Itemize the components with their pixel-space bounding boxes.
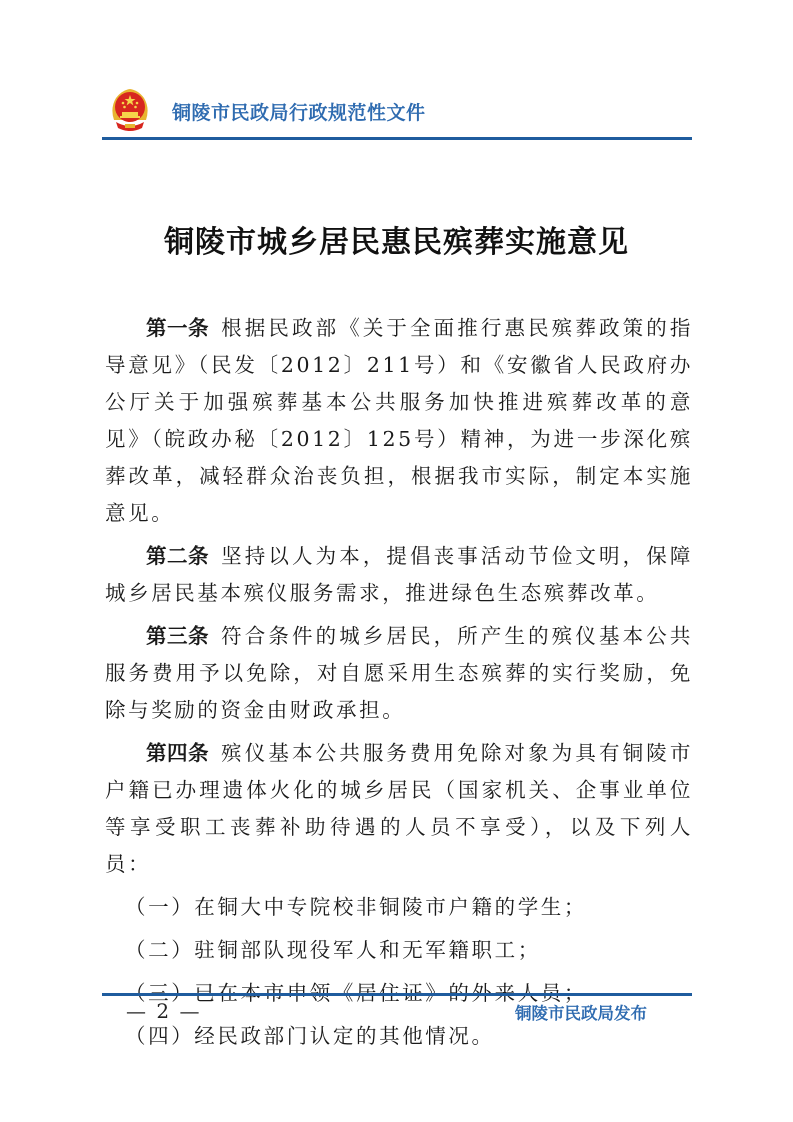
article-label: 第一条	[146, 316, 209, 340]
national-emblem-icon	[108, 86, 152, 134]
article-label: 第三条	[146, 624, 209, 648]
article-1: 第一条根据民政部《关于全面推行惠民殡葬政策的指导意见》（民发〔2012〕211号…	[105, 310, 693, 532]
article-4: 第四条殡仪基本公共服务费用免除对象为具有铜陵市户籍已办理遗体火化的城乡居民（国家…	[105, 735, 693, 883]
article-label: 第四条	[146, 741, 209, 765]
article-text: 根据民政部《关于全面推行惠民殡葬政策的指导意见》（民发〔2012〕211号）和《…	[105, 316, 693, 525]
publisher-label: 铜陵市民政局发布	[515, 1000, 647, 1024]
list-item: （二）驻铜部队现役军人和无军籍职工；	[105, 932, 693, 969]
footer-divider	[102, 993, 692, 996]
article-label: 第二条	[146, 544, 209, 568]
document-title: 铜陵市城乡居民惠民殡葬实施意见	[0, 217, 793, 261]
header-title: 铜陵市民政局行政规范性文件	[172, 98, 426, 125]
article-2: 第二条坚持以人为本，提倡丧事活动节俭文明，保障城乡居民基本殡仪服务需求，推进绿色…	[105, 538, 693, 612]
document-header: 铜陵市民政局行政规范性文件	[102, 84, 693, 140]
page-number: — 2 —	[126, 999, 201, 1023]
list-item: （一）在铜大中专院校非铜陵市户籍的学生；	[105, 889, 693, 926]
article-3: 第三条符合条件的城乡居民，所产生的殡仪基本公共服务费用予以免除，对自愿采用生态殡…	[105, 618, 693, 729]
document-body: 第一条根据民政部《关于全面推行惠民殡葬政策的指导意见》（民发〔2012〕211号…	[105, 310, 693, 1061]
header-divider	[102, 137, 692, 140]
